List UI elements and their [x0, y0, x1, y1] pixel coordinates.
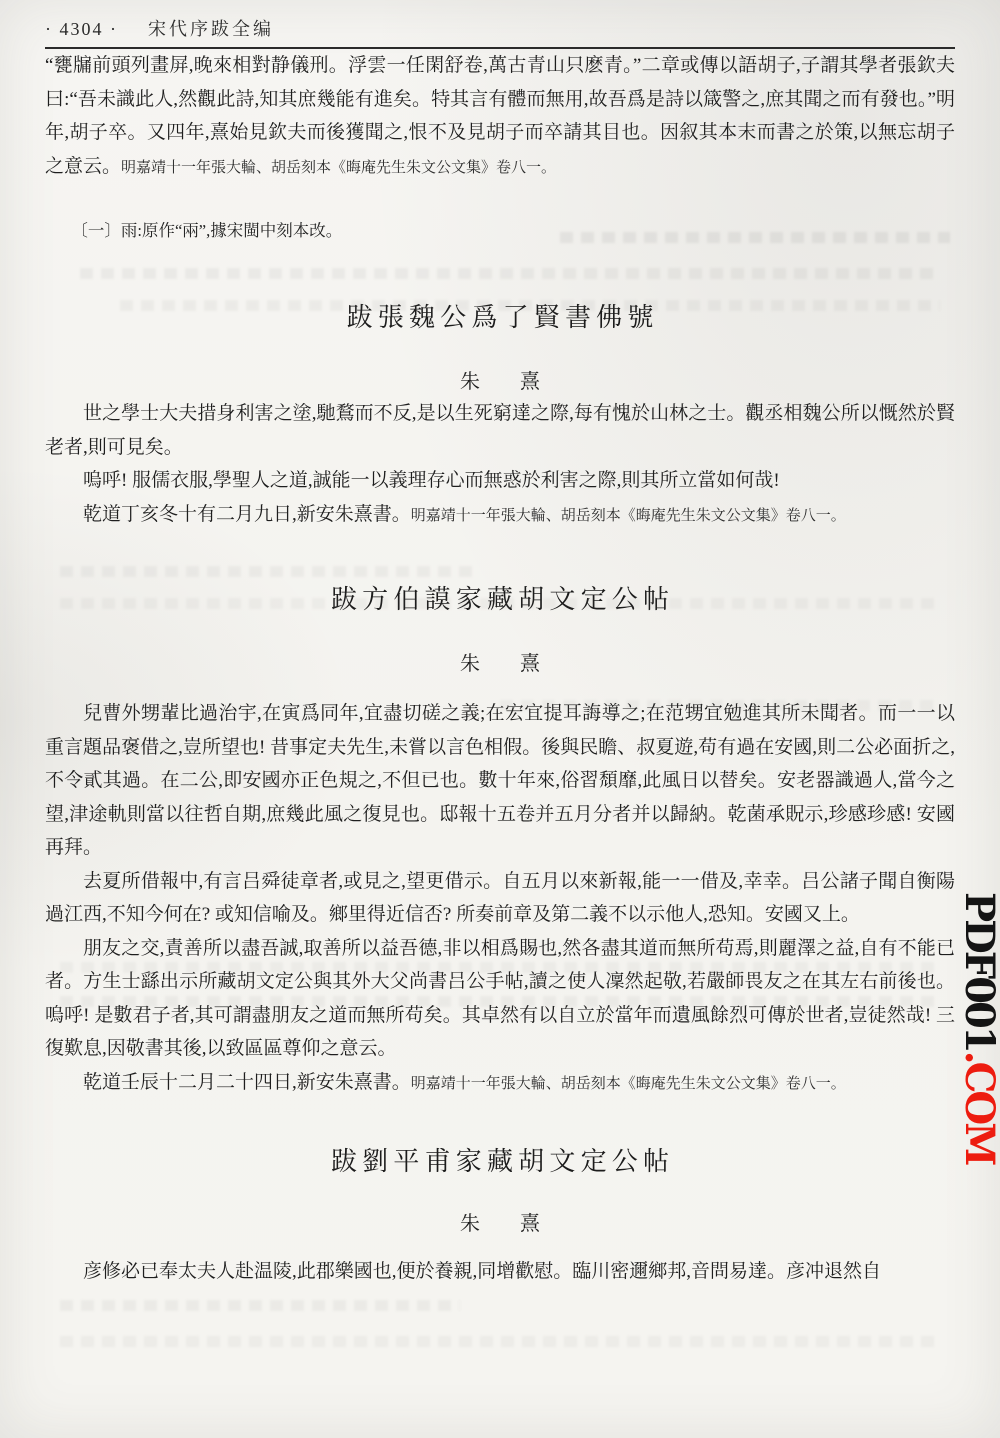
section-2-title: 跋方伯謨家藏胡文定公帖 — [45, 581, 955, 619]
scanned-book-page: · 4304 · 宋代序跋全编 “甕牖前頭列畫屏,晚來相對静儀刑。浮雲一任閑舒卷… — [0, 0, 1000, 1438]
paragraph: 彦修必已奉太夫人赴温陵,此郡樂國也,便於養親,同增歡慰。臨川密邇鄉邦,音問易達。… — [45, 1255, 955, 1289]
intro-source-citation: 明嘉靖十一年張大輪、胡岳刻本《晦庵先生朱文公文集》卷八一。 — [121, 160, 556, 176]
watermark-black-text: PDF001 — [956, 892, 1000, 1051]
section-3: 跋劉平甫家藏胡文定公帖 朱 熹 彦修必已奉太夫人赴温陵,此郡樂國也,便於養親,同… — [45, 1143, 955, 1289]
paragraph-source-citation: 明嘉靖十一年張大輪、胡岳刻本《晦庵先生朱文公文集》卷八一。 — [411, 508, 846, 524]
intro-paragraph-text: “甕牖前頭列畫屏,晚來相對静儀刑。浮雲一任閑舒卷,萬古青山只麽青。”二章或傳以語… — [45, 55, 955, 177]
page-content: · 4304 · 宋代序跋全编 “甕牖前頭列畫屏,晚來相對静儀刑。浮雲一任閑舒卷… — [0, 0, 1000, 1289]
section-3-title: 跋劉平甫家藏胡文定公帖 — [45, 1143, 955, 1181]
paragraph: 嗚呼! 服儒衣服,學聖人之道,誠能一以義理存心而無惑於利害之際,則其所立當如何哉… — [45, 464, 955, 498]
scan-noise — [60, 1336, 940, 1347]
paragraph: 去夏所借報中,有言吕舜徒章者,或見之,望更借示。自五月以來新報,能一一借及,幸幸… — [45, 865, 955, 932]
paragraph: 兒曹外甥輩比過治宇,在寅爲同年,宜盡切磋之義;在宏宜提耳誨導之;在范甥宜勉進其所… — [45, 697, 955, 865]
book-title: 宋代序跋全编 — [148, 15, 274, 41]
section-1-title: 跋張魏公爲了賢書佛號 — [45, 299, 955, 337]
page-header: · 4304 · 宋代序跋全编 — [45, 0, 955, 41]
section-2-author: 朱 熹 — [45, 649, 955, 679]
paragraph: 朋友之交,責善所以盡吾誠,取善所以益吾德,非以相爲賜也,然各盡其道而無所苟焉,則… — [45, 932, 955, 1066]
page-number: · 4304 · — [45, 19, 118, 40]
paragraph-source-citation: 明嘉靖十一年張大輪、胡岳刻本《晦庵先生朱文公文集》卷八一。 — [411, 1076, 846, 1092]
watermark: PDF001.COM — [959, 892, 999, 1164]
paragraph-text: 乾道壬辰十二月二十四日,新安朱熹書。 — [83, 1072, 411, 1093]
intro-paragraph: “甕牖前頭列畫屏,晚來相對静儀刑。浮雲一任閑舒卷,萬古青山只麽青。”二章或傳以語… — [45, 49, 955, 185]
paragraph: 世之學士大夫措身利害之塗,馳鶩而不反,是以生死窮達之際,每有愧於山林之士。觀丞相… — [45, 397, 955, 464]
section-2: 跋方伯謨家藏胡文定公帖 朱 熹 兒曹外甥輩比過治宇,在寅爲同年,宜盡切磋之義;在… — [45, 581, 955, 1101]
paragraph-text: 乾道丁亥冬十有二月九日,新安朱熹書。 — [83, 504, 411, 525]
watermark-red-text: .COM — [956, 1051, 1000, 1164]
scan-noise — [60, 1300, 460, 1311]
textual-note: 〔一〕雨:原作“兩”,據宋閩中刻本改。 — [45, 217, 955, 245]
paragraph: 乾道丁亥冬十有二月九日,新安朱熹書。明嘉靖十一年張大輪、胡岳刻本《晦庵先生朱文公… — [45, 498, 955, 534]
paragraph: 乾道壬辰十二月二十四日,新安朱熹書。明嘉靖十一年張大輪、胡岳刻本《晦庵先生朱文公… — [45, 1066, 955, 1102]
section-3-author: 朱 熹 — [45, 1209, 955, 1239]
section-1: 跋張魏公爲了賢書佛號 朱 熹 世之學士大夫措身利害之塗,馳鶩而不反,是以生死窮達… — [45, 299, 955, 533]
section-1-author: 朱 熹 — [45, 367, 955, 397]
